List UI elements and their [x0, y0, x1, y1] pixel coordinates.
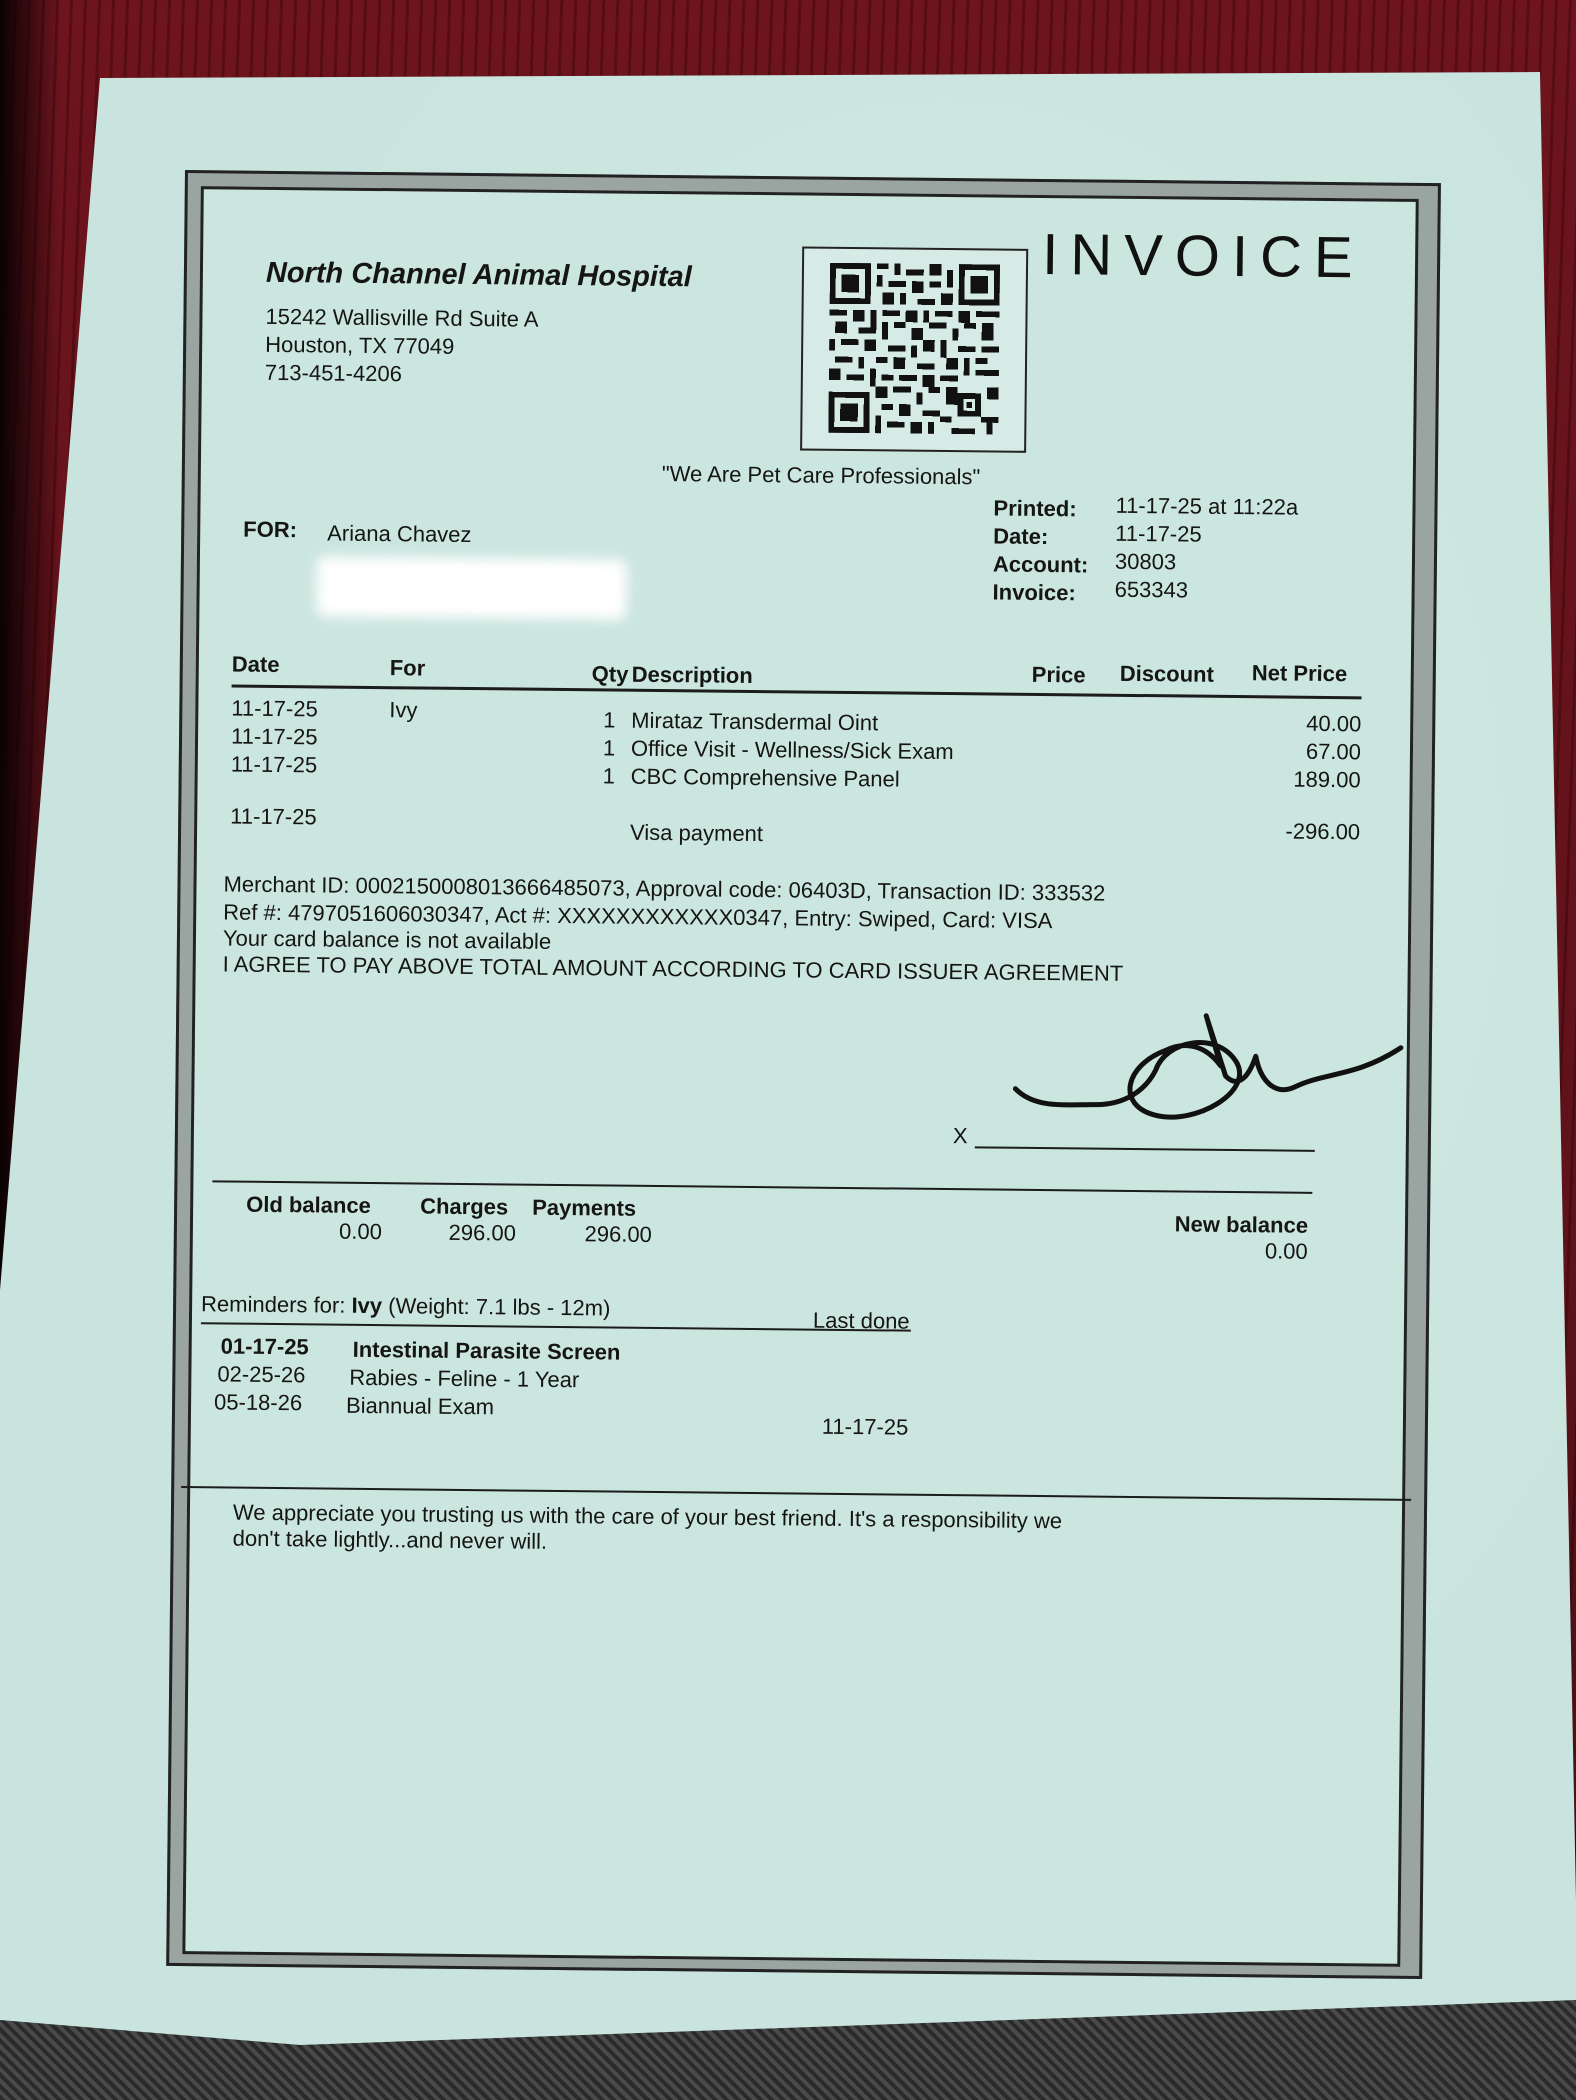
- reminder-name: Biannual Exam: [346, 1392, 494, 1422]
- cell-for: Ivy: [389, 696, 417, 724]
- reminder-due-date: 05-18-26: [214, 1388, 302, 1417]
- footer-message-line2: don't take lightly...and never will.: [233, 1525, 548, 1556]
- clinic-tagline: "We Are Pet Care Professionals": [662, 460, 981, 491]
- new-balance-value: 0.00: [1074, 1235, 1308, 1265]
- customer-signature: [1005, 1009, 1406, 1133]
- cell-date: 11-17-25: [230, 803, 317, 832]
- payments-value: 296.00: [532, 1220, 652, 1249]
- invoice-title: INVOICE: [1042, 221, 1365, 291]
- reminders-prefix: Reminders for:: [201, 1291, 346, 1318]
- column-header-net-price: Net Price: [1252, 659, 1348, 688]
- clinic-name: North Channel Animal Hospital: [266, 259, 692, 291]
- column-header-discount: Discount: [1120, 660, 1214, 689]
- signature-x-mark: X: [953, 1122, 968, 1150]
- meta-value-account: 30803: [1115, 548, 1176, 577]
- column-header-for: For: [390, 654, 426, 682]
- clinic-address-line2: Houston, TX 77049: [265, 331, 454, 361]
- cell-description: Visa payment: [630, 819, 763, 848]
- bill-to-label: FOR:: [243, 516, 297, 545]
- reminders-pet-details: (Weight: 7.1 lbs - 12m): [388, 1293, 610, 1320]
- cell-date: 11-17-25: [231, 751, 318, 780]
- invoice-document: North Channel Animal Hospital 15242 Wall…: [166, 170, 1435, 1983]
- cell-date: 11-17-25: [231, 695, 318, 724]
- reminder-name: Intestinal Parasite Screen: [353, 1336, 621, 1367]
- cell-description: CBC Comprehensive Panel: [631, 763, 900, 794]
- column-header-date: Date: [232, 651, 280, 679]
- reminder-due-date: 01-17-25: [221, 1332, 309, 1361]
- reminder-name: Rabies - Feline - 1 Year: [349, 1364, 579, 1394]
- column-header-price: Price: [1032, 661, 1086, 690]
- reminders-pet-name: Ivy: [351, 1293, 382, 1318]
- reminders-heading: Reminders for: Ivy (Weight: 7.1 lbs - 12…: [201, 1290, 611, 1322]
- charges-value: 296.00: [420, 1219, 516, 1248]
- cell-date: 11-17-25: [231, 723, 318, 752]
- meta-label-date: Date:: [993, 522, 1048, 551]
- old-balance-label: Old balance: [246, 1191, 371, 1220]
- reminder-last-done: 11-17-25: [822, 1413, 909, 1442]
- bill-to-name: Ariana Chavez: [327, 520, 472, 550]
- old-balance-value: 0.00: [246, 1217, 382, 1246]
- meta-value-invoice: 653343: [1115, 576, 1189, 605]
- meta-label-account: Account:: [993, 550, 1089, 579]
- column-header-description: Description: [632, 661, 753, 690]
- clinic-phone: 713-451-4206: [265, 359, 402, 388]
- meta-label-invoice: Invoice:: [992, 578, 1075, 607]
- redacted-address: [316, 556, 627, 619]
- meta-value-date: 11-17-25: [1115, 520, 1202, 549]
- qr-code-box[interactable]: [800, 246, 1028, 452]
- meta-label-printed: Printed:: [993, 494, 1076, 523]
- column-header-qty: Qty: [592, 660, 629, 688]
- cell-net-price: -296.00: [1285, 818, 1360, 847]
- cell-net-price: 189.00: [1293, 766, 1361, 795]
- meta-value-printed: 11-17-25 at 11:22a: [1115, 492, 1298, 522]
- cell-qty: 1: [603, 762, 616, 790]
- charges-label: Charges: [420, 1193, 508, 1222]
- qr-code-icon: [828, 263, 1000, 435]
- clinic-address-line1: 15242 Wallisville Rd Suite A: [265, 303, 538, 334]
- payments-label: Payments: [532, 1194, 636, 1223]
- reminder-due-date: 02-25-26: [217, 1360, 305, 1389]
